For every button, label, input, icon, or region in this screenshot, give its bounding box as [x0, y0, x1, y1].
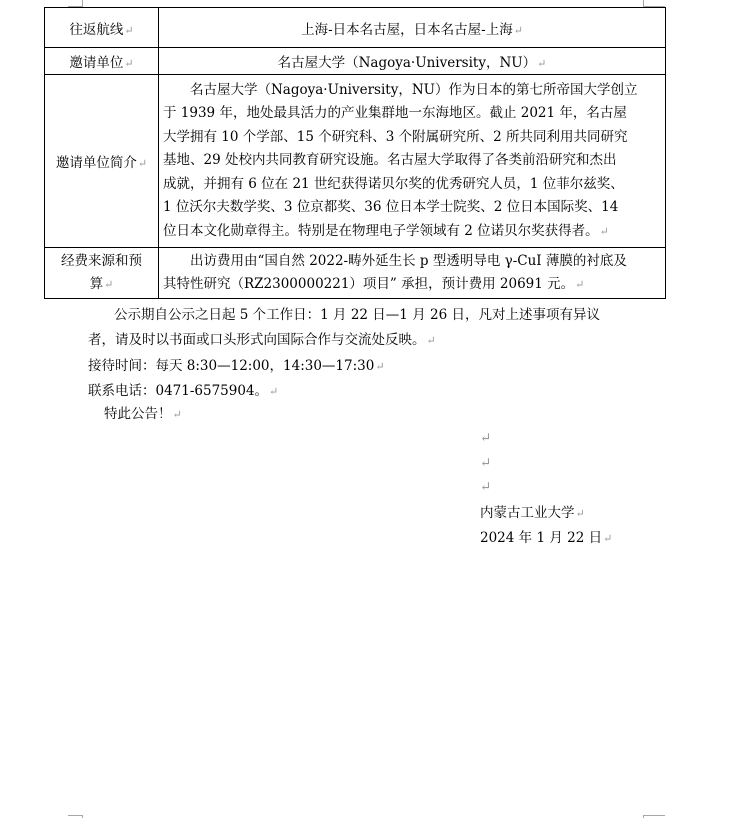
inviter-label: 邀请单位↵ [45, 48, 159, 75]
empty-paragraph: ↵ [480, 455, 491, 471]
intro-line: 大学拥有 10 个学部、15 个研究科、3 个附属研究所、2 所共同利用共同研究 [163, 126, 661, 150]
route-label: 往返航线↵ [45, 8, 159, 48]
table-row-route: 往返航线↵ 上海-日本名古屋，日本名古屋-上海↵ [45, 8, 666, 48]
inviter-intro-text: 名古屋大学（Nagoya·University，NU）作为日本的第七所帝国大学创… [159, 75, 666, 248]
intro-line: 基地、29 处校内共同教育研究设施。名古屋大学取得了各类前沿研究和杰出 [163, 149, 661, 173]
funding-label-line: 算↵ [45, 273, 158, 297]
reception-hours: 接待时间：每天 8:30—12:00，14:30—17:30↵ [88, 354, 385, 374]
funding-text: 出访费用由“国自然 2022-畴外延生长 p 型透明导电 γ-CuI 薄膜的衬底… [159, 248, 666, 299]
table-row-inviter: 邀请单位↵ 名古屋大学（Nagoya·University，NU）↵ [45, 48, 666, 75]
funding-line: 其特性研究（RZ2300000221）项目” 承担，预计费用 20691 元。↵ [163, 273, 661, 297]
trip-info-table: 往返航线↵ 上海-日本名古屋，日本名古屋-上海↵ 邀请单位↵ 名古屋大学（Nag… [44, 7, 666, 299]
funding-line: 出访费用由“国自然 2022-畴外延生长 p 型透明导电 γ-CuI 薄膜的衬底… [163, 250, 661, 274]
crop-mark-top-right [643, 0, 665, 7]
route-value: 上海-日本名古屋，日本名古屋-上海↵ [159, 8, 666, 48]
inviter-intro-label: 邀请单位简介↵ [45, 75, 159, 248]
contact-phone: 联系电话：0471-6575904。↵ [88, 379, 278, 399]
empty-paragraph: ↵ [480, 479, 491, 495]
intro-line: 成就，并拥有 6 位在 21 世纪获得诺贝尔奖的优秀研究人员，1 位菲尔兹奖、 [163, 173, 661, 197]
funding-label: 经费来源和预 算↵ [45, 248, 159, 299]
notice-line-2: 者，请及时以书面或口头形式向国际合作与交流处反映。↵ [88, 328, 436, 348]
crop-mark-top-left [68, 0, 83, 7]
signature-date: 2024 年 1 月 22 日↵ [480, 526, 612, 546]
empty-paragraph: ↵ [480, 430, 491, 446]
intro-line: 于 1939 年，地处最具活力的产业集群地一东海地区。截止 2021 年，名古屋 [163, 102, 661, 126]
table-row-funding: 经费来源和预 算↵ 出访费用由“国自然 2022-畴外延生长 p 型透明导电 γ… [45, 248, 666, 299]
intro-line: 位日本文化勋章得主。特别是在物理电子学领域有 2 位诺贝尔奖获得者。↵ [163, 220, 661, 244]
signature-org: 内蒙古工业大学↵ [480, 501, 585, 521]
notice-line-1: 公示期自公示之日起 5 个工作日：1 月 22 日—1 月 26 日，凡对上述事… [114, 303, 600, 323]
intro-line: 名古屋大学（Nagoya·University，NU）作为日本的第七所帝国大学创… [163, 79, 661, 103]
intro-line: 1 位沃尔夫数学奖、3 位京都奖、36 位日本学士院奖、2 位日本国际奖、14 [163, 196, 661, 220]
inviter-value: 名古屋大学（Nagoya·University，NU）↵ [159, 48, 666, 75]
closing-text: 特此公告！↵ [104, 402, 182, 422]
funding-label-line: 经费来源和预 [45, 250, 158, 274]
table-row-inviter-intro: 邀请单位简介↵ 名古屋大学（Nagoya·University，NU）作为日本的… [45, 75, 666, 248]
